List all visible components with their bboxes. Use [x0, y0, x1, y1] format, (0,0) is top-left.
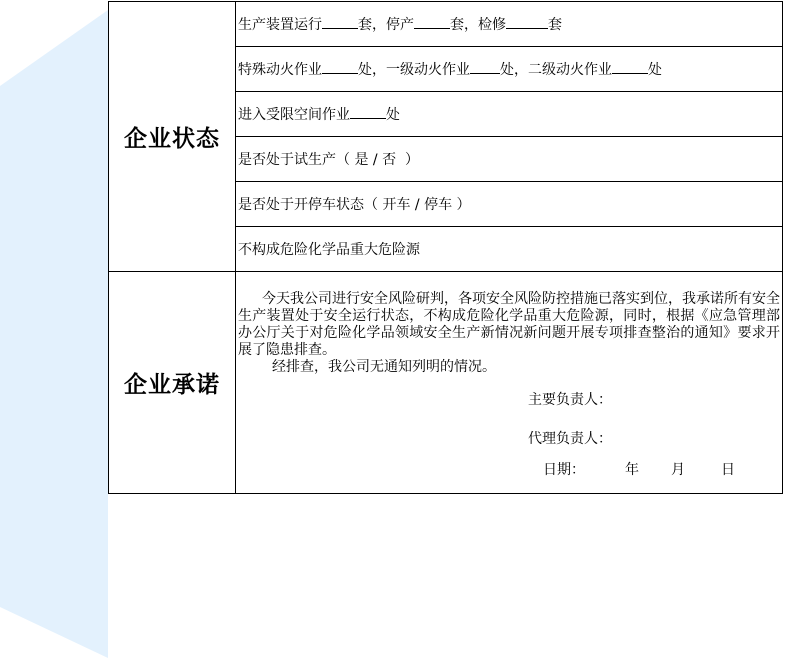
deputy-signature-field[interactable]: 代理负责人： — [238, 427, 780, 452]
enterprise-promise-label: 企业承诺 — [109, 272, 236, 494]
date-field[interactable]: 日期：年月日 — [238, 458, 780, 483]
deputy-label: 代理负责人： — [528, 431, 612, 447]
date-label: 日期： — [543, 462, 585, 478]
level1-hot-work-blank[interactable] — [470, 59, 500, 74]
units-stopped-text: 套，停产 — [358, 17, 414, 33]
year-label: 年 — [625, 462, 639, 478]
hot-work-row: 特殊动火作业处，一级动火作业处，二级动火作业处 — [236, 47, 783, 92]
units-running-text: 生产装置运行 — [238, 17, 322, 33]
principal-signature-field[interactable]: 主要负责人： — [238, 388, 780, 413]
units-maintenance-blank[interactable] — [506, 14, 548, 29]
confined-space-suffix-text: 处 — [386, 107, 400, 123]
day-label: 日 — [721, 462, 735, 478]
enterprise-promise-content: 今天我公司进行安全风险研判，各项安全风险防控措施已落实到位，我承诺所有安全生产装… — [236, 272, 783, 494]
units-running-blank[interactable] — [322, 14, 358, 29]
special-hot-work-text: 特殊动火作业 — [238, 62, 322, 78]
level2-hot-work-text: 处，二级动火作业 — [500, 62, 612, 78]
special-hot-work-blank[interactable] — [322, 59, 358, 74]
production-units-row: 生产装置运行套，停产套，检修套 — [236, 2, 783, 47]
major-hazard-row: 不构成危险化学品重大危险源 — [236, 227, 783, 272]
units-stopped-blank[interactable] — [414, 14, 450, 29]
enterprise-status-form: 企业状态 生产装置运行套，停产套，检修套 特殊动火作业处，一级动火作业处，二级动… — [108, 1, 783, 494]
promise-paragraph-2: 经排查，我公司无通知列明的情况。 — [238, 359, 780, 376]
confined-space-row: 进入受限空间作业处 — [236, 92, 783, 137]
level2-hot-work-blank[interactable] — [612, 59, 648, 74]
promise-paragraph-1: 今天我公司进行安全风险研判，各项安全风险防控措施已落实到位，我承诺所有安全生产装… — [238, 291, 780, 359]
hot-work-suffix-text: 处 — [648, 62, 662, 78]
trial-production-row[interactable]: 是否处于试生产（ 是 / 否 ） — [236, 137, 783, 182]
units-maintenance-text: 套，检修 — [450, 17, 506, 33]
start-stop-status-row[interactable]: 是否处于开停车状态（ 开车 / 停车 ） — [236, 182, 783, 227]
confined-space-text: 进入受限空间作业 — [238, 107, 350, 123]
principal-label: 主要负责人： — [528, 392, 612, 408]
level1-hot-work-text: 处，一级动火作业 — [358, 62, 470, 78]
month-label: 月 — [671, 462, 685, 478]
enterprise-status-label: 企业状态 — [109, 2, 236, 272]
confined-space-blank[interactable] — [350, 104, 386, 119]
units-suffix-text: 套 — [548, 17, 562, 33]
